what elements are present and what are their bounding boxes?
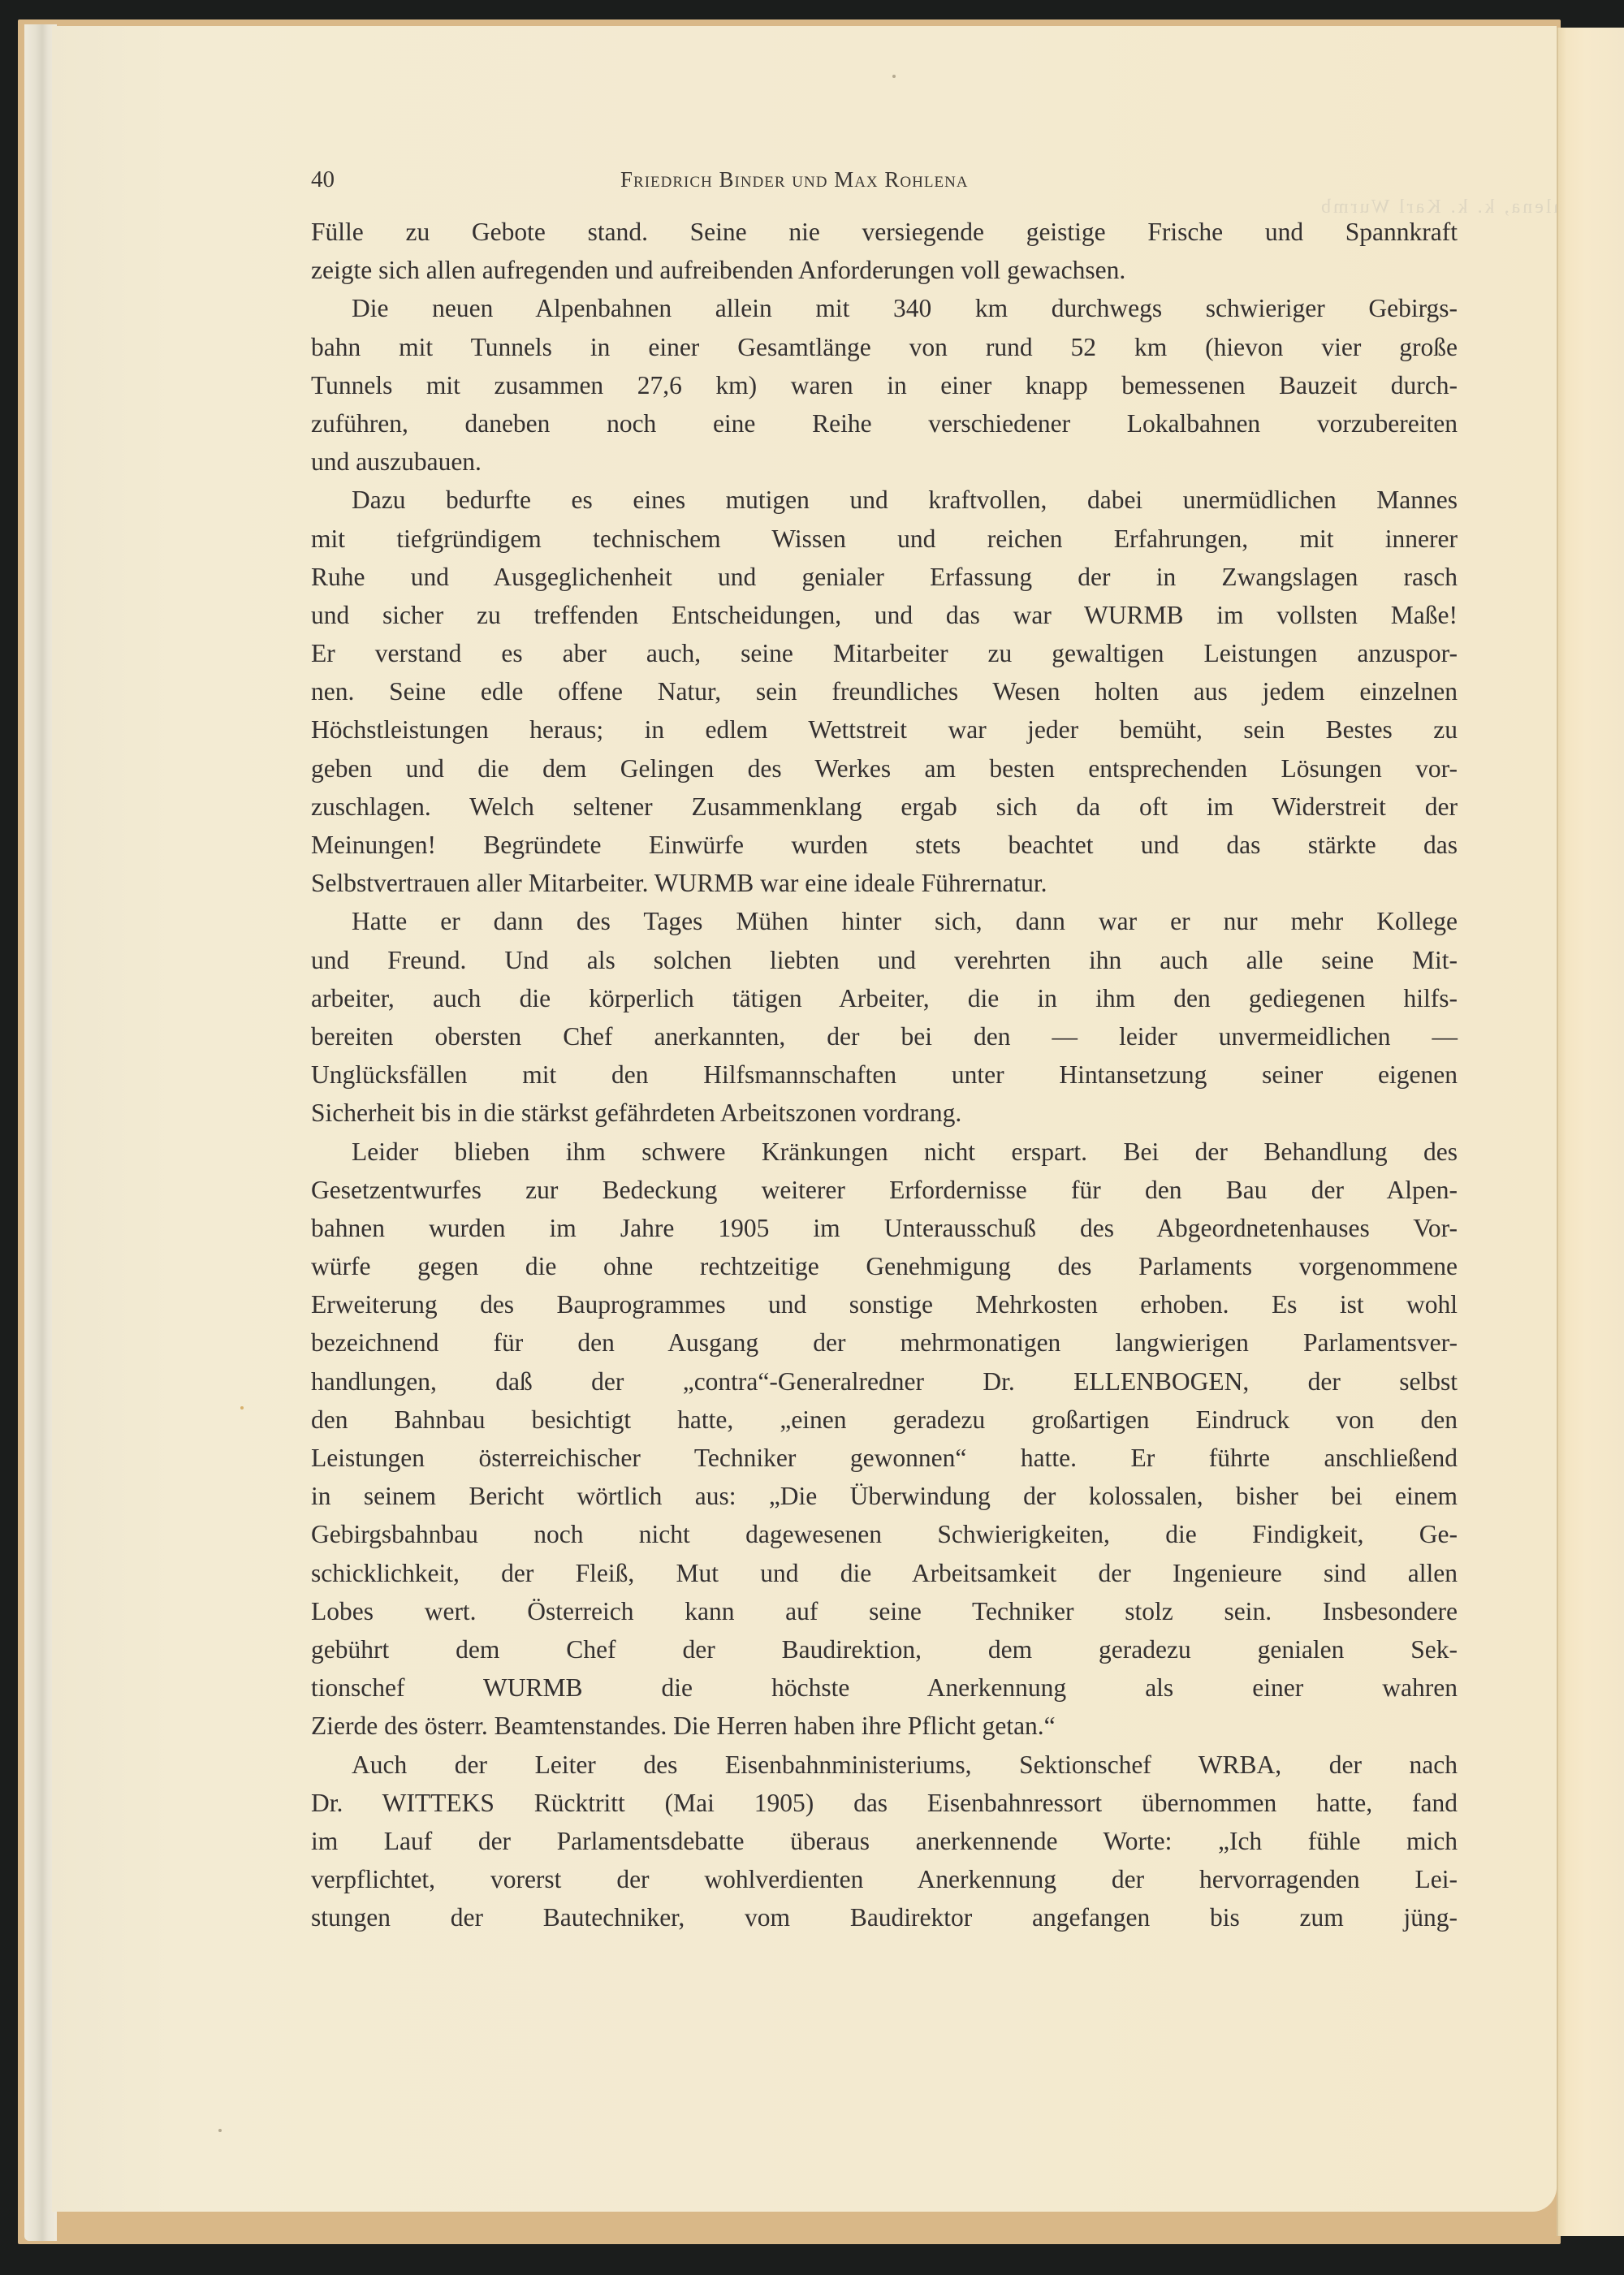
text-line: handlungen, daß der „contra“-Generalredn…: [311, 1362, 1458, 1401]
text-line: Fülle zu Gebote stand. Seine nie versieg…: [311, 213, 1458, 251]
text-line: Gesetzentwurfes zur Bedeckung weiterer E…: [311, 1171, 1458, 1209]
paper-speck: [240, 1406, 244, 1409]
text-line: Zierde des österr. Beamtenstandes. Die H…: [311, 1707, 1458, 1745]
text-line: Auch der Leiter des Eisenbahnministerium…: [311, 1746, 1458, 1784]
text-line: und auszubauen.: [311, 442, 1458, 481]
text-line: bezeichnend für den Ausgang der mehrmona…: [311, 1323, 1458, 1362]
running-title: Friedrich Binder und Max Rohlena: [620, 167, 969, 192]
text-line: bahn mit Tunnels in einer Gesamtlänge vo…: [311, 328, 1458, 366]
running-head: 40 Friedrich Binder und Max Rohlena: [311, 166, 1448, 199]
text-line: Tunnels mit zusammen 27,6 km) waren in e…: [311, 366, 1458, 404]
text-line: und Freund. Und als solchen liebten und …: [311, 941, 1458, 979]
text-line: tionschef WURMB die höchste Anerkennung …: [311, 1668, 1458, 1707]
text-line: schicklichkeit, der Fleiß, Mut und die A…: [311, 1554, 1458, 1592]
text-line: Ruhe und Ausgeglichenheit und genialer E…: [311, 558, 1458, 596]
text-line: Dazu bedurfte es eines mutigen und kraft…: [311, 481, 1458, 519]
text-line: Leider blieben ihm schwere Kränkungen ni…: [311, 1133, 1458, 1171]
paper-speck: [218, 2129, 222, 2132]
text-line: Erweiterung des Bauprogrammes und sonsti…: [311, 1285, 1458, 1323]
text-line: Gebirgsbahnbau noch nicht dagewesenen Sc…: [311, 1515, 1458, 1553]
text-line: Höchstleistungen heraus; in edlem Wettst…: [311, 710, 1458, 749]
text-line: Dr. WITTEKS Rücktritt (Mai 1905) das Eis…: [311, 1784, 1458, 1822]
text-line: zeigte sich allen aufregenden und aufrei…: [311, 251, 1458, 289]
text-line: im Lauf der Parlamentsdebatte überaus an…: [311, 1822, 1458, 1860]
text-line: stungen der Bautechniker, vom Baudirekto…: [311, 1898, 1458, 1936]
text-line: mit tiefgründigem technischem Wissen und…: [311, 520, 1458, 558]
text-line: Lobes wert. Österreich kann auf seine Te…: [311, 1592, 1458, 1630]
text-line: bereiten obersten Chef anerkannten, der …: [311, 1017, 1458, 1055]
text-line: arbeiter, auch die körperlich tätigen Ar…: [311, 979, 1458, 1017]
text-line: in seinem Bericht wörtlich aus: „Die Übe…: [311, 1477, 1458, 1515]
text-line: würfe gegen die ohne rechtzeitige Genehm…: [311, 1247, 1458, 1285]
text-line: gebührt dem Chef der Baudirektion, dem g…: [311, 1630, 1458, 1668]
text-line: Meinungen! Begründete Einwürfe wurden st…: [311, 826, 1458, 864]
text-line: Unglücksfällen mit den Hilfsmannschaften…: [311, 1055, 1458, 1094]
text-line: nen. Seine edle offene Natur, sein freun…: [311, 672, 1458, 710]
paper-speck: [892, 75, 896, 78]
body-text: Fülle zu Gebote stand. Seine nie versieg…: [311, 213, 1458, 1936]
text-line: Sicherheit bis in die stärkst gefährdete…: [311, 1094, 1458, 1132]
text-line: Leistungen österreichischer Techniker ge…: [311, 1439, 1458, 1477]
text-line: Selbstvertrauen aller Mitarbeiter. WURMB…: [311, 864, 1458, 902]
text-line: zuführen, daneben noch eine Reihe versch…: [311, 404, 1458, 442]
text-line: zuschlagen. Welch seltener Zusammenklang…: [311, 788, 1458, 826]
text-line: verpflichtet, vorerst der wohlverdienten…: [311, 1860, 1458, 1898]
facing-page-edge: [1557, 28, 1624, 2236]
page-number: 40: [311, 166, 335, 193]
text-line: geben und die dem Gelingen des Werkes am…: [311, 749, 1458, 788]
text-line: Er verstand es aber auch, seine Mitarbei…: [311, 634, 1458, 672]
text-line: Hatte er dann des Tages Mühen hinter sic…: [311, 902, 1458, 940]
text-line: Die neuen Alpenbahnen allein mit 340 km …: [311, 289, 1458, 327]
text-line: den Bahnbau besichtigt hatte, „einen ger…: [311, 1401, 1458, 1439]
text-line: und sicher zu treffenden Entscheidungen,…: [311, 596, 1458, 634]
text-line: bahnen wurden im Jahre 1905 im Unterauss…: [311, 1209, 1458, 1247]
